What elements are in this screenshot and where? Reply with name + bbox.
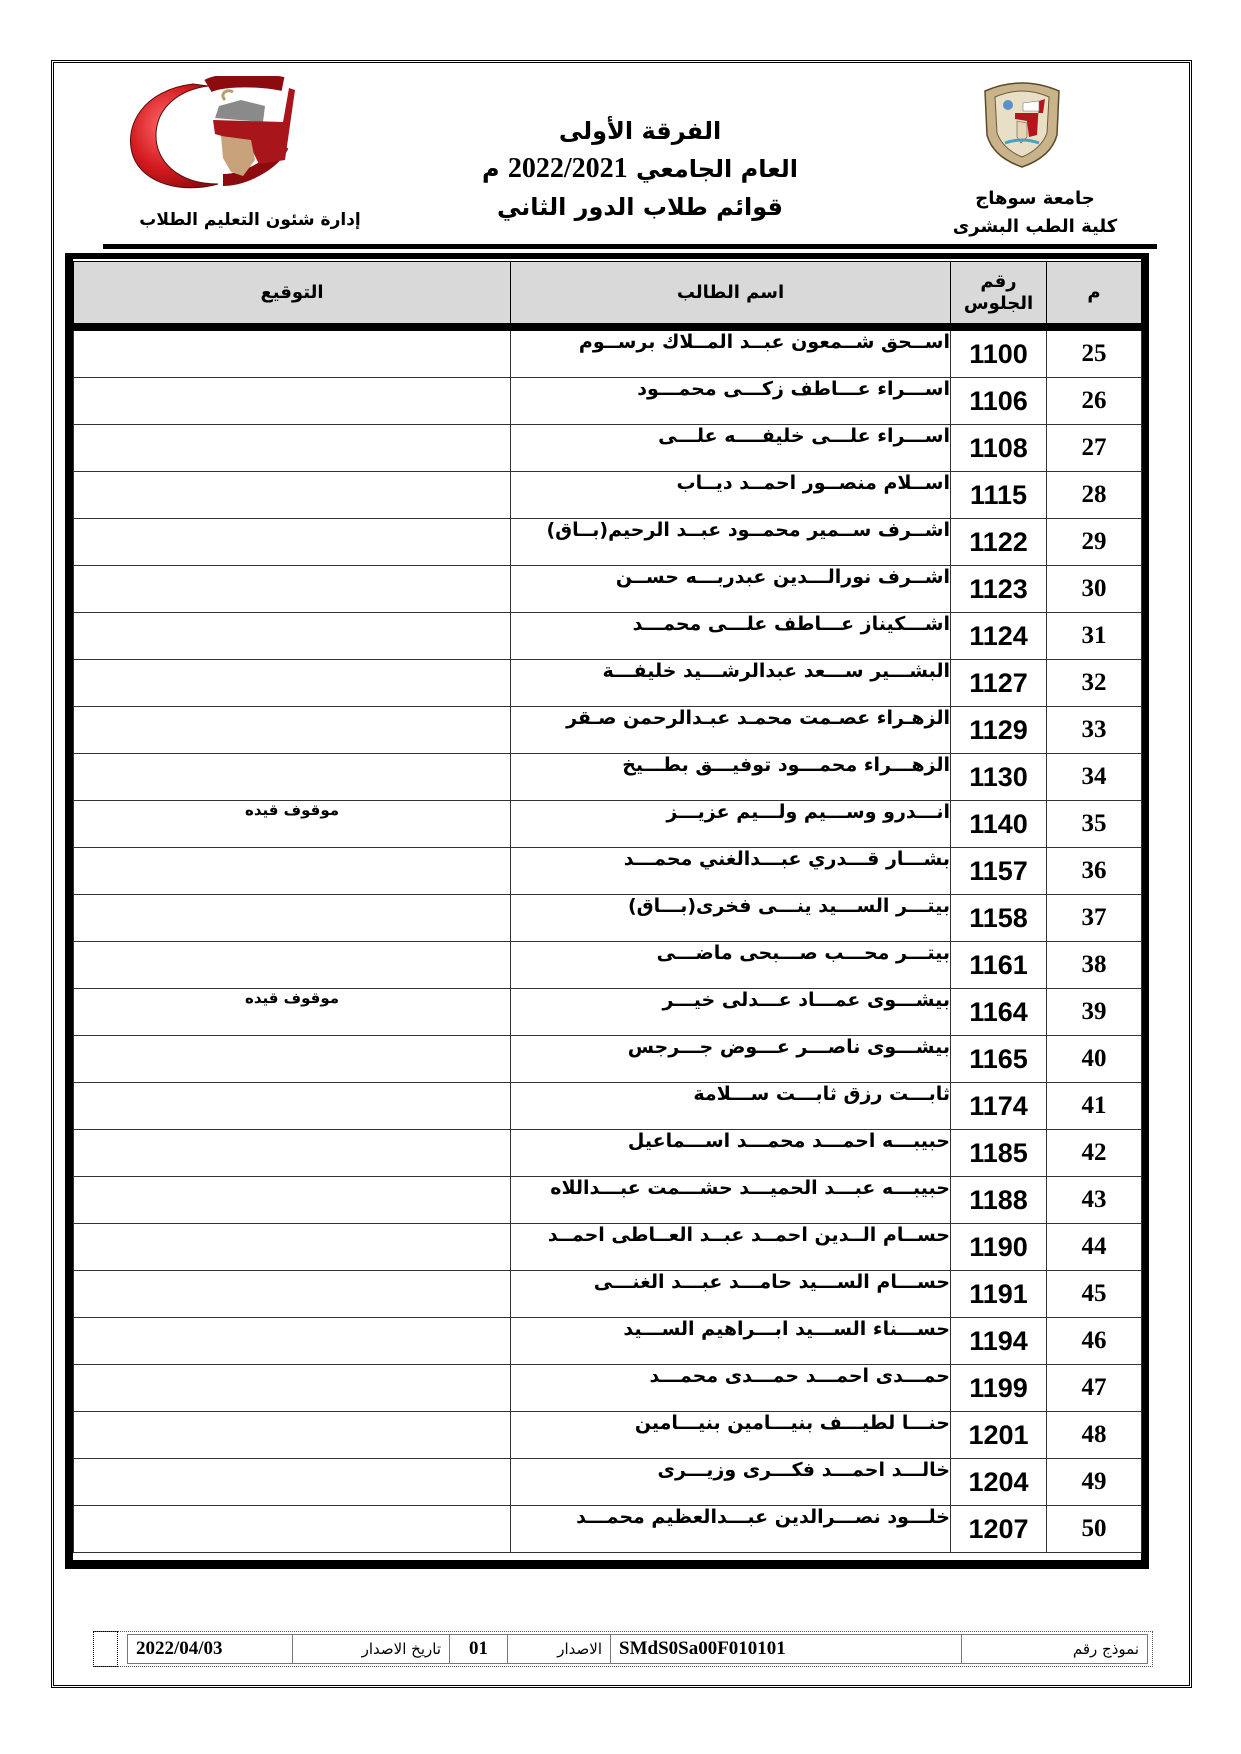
signature-cell: [74, 425, 511, 472]
seat-number-cell: 1201: [951, 1412, 1047, 1459]
serial-number-cell: 43: [1047, 1177, 1142, 1224]
table-row: 431188حبيبـــه عبـــد الحميـــد حشـــمت …: [74, 1177, 1142, 1224]
table-row: 311124اشـــكيناز عـــاطف علـــى محمـــد: [74, 613, 1142, 660]
seat-number-cell: 1191: [951, 1271, 1047, 1318]
signature-cell: [74, 613, 511, 660]
serial-number-cell: 35: [1047, 801, 1142, 848]
signature-cell: [74, 707, 511, 754]
serial-number-cell: 41: [1047, 1083, 1142, 1130]
student-name-cell: بشـــار قـــدري عبـــدالغني محمـــد: [511, 848, 951, 895]
seat-header-line1: رقم: [951, 271, 1046, 293]
column-header-signature: التوقيع: [74, 262, 511, 328]
signature-cell: [74, 660, 511, 707]
student-name-cell: اشـــكيناز عـــاطف علـــى محمـــد: [511, 613, 951, 660]
form-number-value: SMdS0Sa00F010101: [611, 1635, 962, 1664]
seat-number-cell: 1127: [951, 660, 1047, 707]
seat-number-cell: 1190: [951, 1224, 1047, 1271]
title-academic-year: العام الجامعي 2022/2021 م: [440, 150, 840, 188]
signature-cell: [74, 1365, 511, 1412]
signature-cell: موقوف قيده: [74, 989, 511, 1036]
signature-cell: [74, 942, 511, 989]
academic-year-suffix: م: [482, 155, 500, 183]
issue-date-label: تاريخ الاصدار: [293, 1635, 450, 1664]
student-name-cell: اســـراء عـــاطف زكـــى محمـــود: [511, 378, 951, 425]
serial-number-cell: 29: [1047, 519, 1142, 566]
student-name-cell: حســام الــدين احمــد عبــد العــاطى احم…: [511, 1224, 951, 1271]
signature-cell: موقوف قيده: [74, 801, 511, 848]
seat-number-cell: 1161: [951, 942, 1047, 989]
signature-cell: [74, 1083, 511, 1130]
table-row: 301123اشــرف نورالـــدين عبدربـــه حســن: [74, 566, 1142, 613]
seat-number-cell: 1129: [951, 707, 1047, 754]
signature-cell: [74, 1130, 511, 1177]
serial-number-cell: 39: [1047, 989, 1142, 1036]
serial-number-cell: 42: [1047, 1130, 1142, 1177]
serial-number-cell: 44: [1047, 1224, 1142, 1271]
seat-number-cell: 1100: [951, 327, 1047, 378]
student-name-cell: اســحق شــمعون عبــد المــلاك برســوم: [511, 327, 951, 378]
academic-year-value: 2022/2021: [508, 153, 628, 184]
signature-cell: [74, 1271, 511, 1318]
table-row: 471199حمـــدى احمـــد حمـــدى محمـــد: [74, 1365, 1142, 1412]
seat-number-cell: 1158: [951, 895, 1047, 942]
seat-number-cell: 1130: [951, 754, 1047, 801]
student-name-cell: حبيبـــه عبـــد الحميـــد حشـــمت عبـــد…: [511, 1177, 951, 1224]
table-row: 361157بشـــار قـــدري عبـــدالغني محمـــ…: [74, 848, 1142, 895]
seat-number-cell: 1194: [951, 1318, 1047, 1365]
column-header-serial: م: [1047, 262, 1142, 328]
signature-cell: [74, 754, 511, 801]
student-name-cell: ثابـــت رزق ثابـــت ســـلامة: [511, 1083, 951, 1130]
table-row: 421185حبيبـــه احمـــد محمـــد اســـماعي…: [74, 1130, 1142, 1177]
signature-cell: [74, 1506, 511, 1553]
table-row: 281115اســلام منصــور احمــد ديــاب: [74, 472, 1142, 519]
seat-number-cell: 1188: [951, 1177, 1047, 1224]
student-name-cell: بيتـــر محـــب صـــبحى ماضـــى: [511, 942, 951, 989]
signature-cell: [74, 1224, 511, 1271]
student-name-cell: حبيبـــه احمـــد محمـــد اســـماعيل: [511, 1130, 951, 1177]
seat-number-cell: 1174: [951, 1083, 1047, 1130]
seat-number-cell: 1199: [951, 1365, 1047, 1412]
faculty-name: كلية الطب البشرى: [950, 216, 1120, 237]
seat-number-cell: 1108: [951, 425, 1047, 472]
serial-number-cell: 25: [1047, 327, 1142, 378]
form-number-label: نموذج رقم: [962, 1635, 1148, 1664]
crescent-pharaoh-logo-icon: [123, 76, 305, 192]
form-info-table: نموذج رقم SMdS0Sa00F010101 الاصدار 01 تا…: [127, 1634, 1148, 1664]
seat-number-cell: 1123: [951, 566, 1047, 613]
student-name-cell: اســـراء علـــى خليفــــه علـــى: [511, 425, 951, 472]
table-row: 441190حســام الــدين احمــد عبــد العــا…: [74, 1224, 1142, 1271]
signature-cell: [74, 1318, 511, 1365]
serial-number-cell: 45: [1047, 1271, 1142, 1318]
seat-number-cell: 1106: [951, 378, 1047, 425]
title-level: الفرقة الأولى: [440, 112, 840, 150]
seat-header-line2: الجلوس: [951, 293, 1046, 315]
signature-cell: [74, 378, 511, 425]
serial-number-cell: 33: [1047, 707, 1142, 754]
signature-cell: [74, 895, 511, 942]
student-name-cell: خالـــد احمـــد فكـــرى وزيـــرى: [511, 1459, 951, 1506]
signature-cell: [74, 327, 511, 378]
serial-number-cell: 34: [1047, 754, 1142, 801]
serial-number-cell: 40: [1047, 1036, 1142, 1083]
student-name-cell: بيشـــوى عمـــاد عـــدلى خيـــر: [511, 989, 951, 1036]
table-body: 251100اســحق شــمعون عبــد المــلاك برسـ…: [74, 327, 1142, 1553]
form-info-row: نموذج رقم SMdS0Sa00F010101 الاصدار 01 تا…: [128, 1635, 1148, 1664]
student-name-cell: اشــرف نورالـــدين عبدربـــه حســن: [511, 566, 951, 613]
student-name-cell: البشـــير ســـعد عبدالرشـــيد خليفـــة: [511, 660, 951, 707]
serial-number-cell: 26: [1047, 378, 1142, 425]
seat-number-cell: 1124: [951, 613, 1047, 660]
serial-number-cell: 36: [1047, 848, 1142, 895]
version-value: 01: [450, 1635, 508, 1664]
table-row: 251100اســحق شــمعون عبــد المــلاك برسـ…: [74, 327, 1142, 378]
table-header-row: م رقم الجلوس اسم الطالب التوقيع: [74, 262, 1142, 328]
serial-number-cell: 48: [1047, 1412, 1142, 1459]
student-roster-table: م رقم الجلوس اسم الطالب التوقيع 251100اس…: [73, 261, 1142, 1553]
table-row: 341130الزهـــراء محمـــود توفيـــق بطـــ…: [74, 754, 1142, 801]
serial-number-cell: 27: [1047, 425, 1142, 472]
table-row: 321127البشـــير ســـعد عبدالرشـــيد خليف…: [74, 660, 1142, 707]
column-header-seat-number: رقم الجلوس: [951, 262, 1047, 328]
table-row: 261106اســـراء عـــاطف زكـــى محمـــود: [74, 378, 1142, 425]
table-row: 461194حســـناء الســـيد ابـــراهيم الســ…: [74, 1318, 1142, 1365]
student-name-cell: اشــرف ســمير محمــود عبــد الرحيم(بــاق…: [511, 519, 951, 566]
student-name-cell: حســـام الســـيد حامـــد عبـــد الغنـــى: [511, 1271, 951, 1318]
header-divider: [103, 244, 1157, 249]
signature-cell: [74, 472, 511, 519]
table-row: 331129الزهـراء عصـمت محمـد عبـدالرحمن صـ…: [74, 707, 1142, 754]
student-name-cell: الزهـراء عصـمت محمـد عبـدالرحمن صـقر: [511, 707, 951, 754]
serial-number-cell: 28: [1047, 472, 1142, 519]
sohag-university-logo: [981, 79, 1063, 169]
student-affairs-caption: إدارة شئون التعليم الطلاب: [130, 210, 370, 230]
university-name: جامعة سوهاج: [960, 188, 1110, 209]
signature-cell: [74, 1177, 511, 1224]
signature-cell: [74, 519, 511, 566]
student-name-cell: انـــدرو وســـيم ولـــيم عزيـــز: [511, 801, 951, 848]
signature-cell: [74, 1036, 511, 1083]
title-list-name: قوائم طلاب الدور الثاني: [440, 188, 840, 226]
version-label: الاصدار: [508, 1635, 611, 1664]
seat-number-cell: 1115: [951, 472, 1047, 519]
table-row: 371158بيتـــر الســـيد ينـــى فخرى(بـــا…: [74, 895, 1142, 942]
student-name-cell: بيشـــوى ناصـــر عـــوض جـــرجس: [511, 1036, 951, 1083]
seat-number-cell: 1165: [951, 1036, 1047, 1083]
student-name-cell: حســـناء الســـيد ابـــراهيم الســـيد: [511, 1318, 951, 1365]
seat-number-cell: 1122: [951, 519, 1047, 566]
student-name-cell: بيتـــر الســـيد ينـــى فخرى(بـــاق): [511, 895, 951, 942]
document-title: الفرقة الأولى العام الجامعي 2022/2021 م …: [440, 112, 840, 226]
serial-number-cell: 37: [1047, 895, 1142, 942]
signature-cell: [74, 1412, 511, 1459]
table-row: 291122اشــرف ســمير محمــود عبــد الرحيم…: [74, 519, 1142, 566]
footer-empty-box: [93, 1631, 118, 1667]
student-name-cell: حمـــدى احمـــد حمـــدى محمـــد: [511, 1365, 951, 1412]
serial-number-cell: 31: [1047, 613, 1142, 660]
serial-number-cell: 38: [1047, 942, 1142, 989]
student-name-cell: خلـــود نصـــرالدين عبـــدالعظيم محمـــد: [511, 1506, 951, 1553]
signature-cell: [74, 848, 511, 895]
academic-year-prefix: العام الجامعي: [636, 155, 798, 183]
student-name-cell: حنـــا لطيـــف بنيـــامين بنيـــامين: [511, 1412, 951, 1459]
serial-number-cell: 46: [1047, 1318, 1142, 1365]
serial-number-cell: 50: [1047, 1506, 1142, 1553]
serial-number-cell: 32: [1047, 660, 1142, 707]
serial-number-cell: 49: [1047, 1459, 1142, 1506]
university-shield-icon: [981, 79, 1063, 169]
faculty-of-medicine-logo: [123, 76, 305, 192]
issue-date-value: 2022/04/03: [128, 1635, 293, 1664]
student-name-cell: الزهـــراء محمـــود توفيـــق بطـــيخ: [511, 754, 951, 801]
signature-cell: [74, 1459, 511, 1506]
table-row: 481201حنـــا لطيـــف بنيـــامين بنيـــام…: [74, 1412, 1142, 1459]
table-row: 391164بيشـــوى عمـــاد عـــدلى خيـــرموق…: [74, 989, 1142, 1036]
seat-number-cell: 1207: [951, 1506, 1047, 1553]
seat-number-cell: 1204: [951, 1459, 1047, 1506]
table-row: 381161بيتـــر محـــب صـــبحى ماضـــى: [74, 942, 1142, 989]
signature-cell: [74, 566, 511, 613]
serial-number-cell: 30: [1047, 566, 1142, 613]
column-header-student-name: اسم الطالب: [511, 262, 951, 328]
serial-number-cell: 47: [1047, 1365, 1142, 1412]
seat-number-cell: 1157: [951, 848, 1047, 895]
table-row: 451191حســـام الســـيد حامـــد عبـــد ال…: [74, 1271, 1142, 1318]
seat-number-cell: 1164: [951, 989, 1047, 1036]
seat-number-cell: 1185: [951, 1130, 1047, 1177]
table-row: 411174ثابـــت رزق ثابـــت ســـلامة: [74, 1083, 1142, 1130]
seat-number-cell: 1140: [951, 801, 1047, 848]
student-name-cell: اســلام منصــور احمــد ديــاب: [511, 472, 951, 519]
table-row: 271108اســـراء علـــى خليفــــه علـــى: [74, 425, 1142, 472]
table-row: 501207خلـــود نصـــرالدين عبـــدالعظيم م…: [74, 1506, 1142, 1553]
table-row: 491204خالـــد احمـــد فكـــرى وزيـــرى: [74, 1459, 1142, 1506]
table-row: 401165بيشـــوى ناصـــر عـــوض جـــرجس: [74, 1036, 1142, 1083]
table-row: 351140انـــدرو وســـيم ولـــيم عزيـــزمو…: [74, 801, 1142, 848]
